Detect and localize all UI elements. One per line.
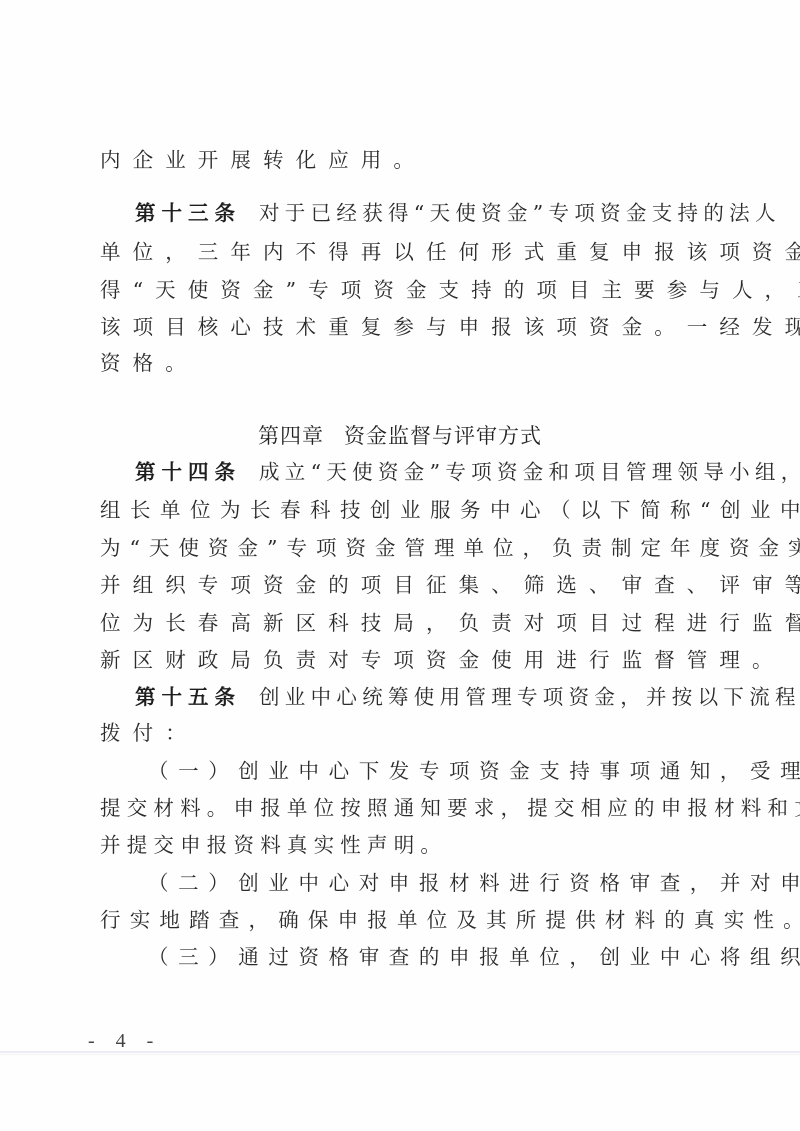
document-page: 内企业开展转化应用。 第十三条对于已经获得“天使资金”专项资金支持的法人 单位，… [0,0,800,1131]
paragraph-line: 位为长春高新区科技局，负责对项目过程进行监督管理；长春高 [100,610,700,636]
paragraph-line: 内企业开展转化应用。 [100,147,700,173]
article-text: 对于已经获得“天使资金”专项资金支持的法人 [259,201,781,225]
paragraph-line: 提交材料。申报单位按照通知要求，提交相应的申报材料和文件， [100,795,700,821]
footer-divider-shadow [0,1054,800,1055]
paragraph-line: 得“天使资金”专项资金支持的项目主要参与人，三年内不得以 [100,277,700,303]
paragraph-line: 并提交申报资料真实性声明。 [100,832,700,858]
chapter-number: 第四章 [258,424,324,448]
paragraph-line: 新区财政局负责对专项资金使用进行监督管理。 [100,647,700,673]
article-text: 成立“天使资金”专项资金和项目管理领导小组， [259,460,800,484]
paragraph-line: 组长单位为长春科技创业服务中心（以下简称“创业中心”），作 [100,497,700,523]
article-label: 第十四条 [135,460,241,484]
paragraph-line: 行实地踏查，确保申报单位及其所提供材料的真实性。 [100,907,700,933]
article-13-first-line: 第十三条对于已经获得“天使资金”专项资金支持的法人 [135,200,735,226]
article-label: 第十五条 [135,685,241,709]
paragraph-line: 资格。 [100,350,700,376]
paragraph-line: 拨付： [100,720,700,746]
paragraph-line: 并组织专项资金的项目征集、筛选、审查、评审等工作。成员单 [100,572,700,598]
chapter-title: 资金监督与评审方式 [344,424,542,448]
paragraph-line: 单位，三年内不得再以任何形式重复申报该项资金；对于已经获 [100,239,700,265]
list-item-3: （三）通过资格审查的申报单位，创业中心将组织第三方专 [148,944,748,970]
list-item-2: （二）创业中心对申报材料进行资格审查，并对申报单位进 [148,870,748,896]
page-number: - 4 - [88,1030,161,1053]
footer-divider [0,1051,800,1053]
article-14-first-line: 第十四条成立“天使资金”专项资金和项目管理领导小组， [135,459,735,485]
paragraph-line: 为“天使资金”专项资金管理单位，负责制定年度资金实施方案， [100,535,700,561]
chapter-heading: 第四章资金监督与评审方式 [0,423,800,449]
article-text: 创业中心统筹使用管理专项资金，并按以下流程 [259,685,800,709]
list-item-1: （一）创业中心下发专项资金支持事项通知，受理申报单位 [148,758,748,784]
paragraph-line: 该项目核心技术重复参与申报该项资金。一经发现，将取消奖项 [100,314,700,340]
article-label: 第十三条 [135,201,241,225]
article-15-first-line: 第十五条创业中心统筹使用管理专项资金，并按以下流程 [135,684,735,710]
